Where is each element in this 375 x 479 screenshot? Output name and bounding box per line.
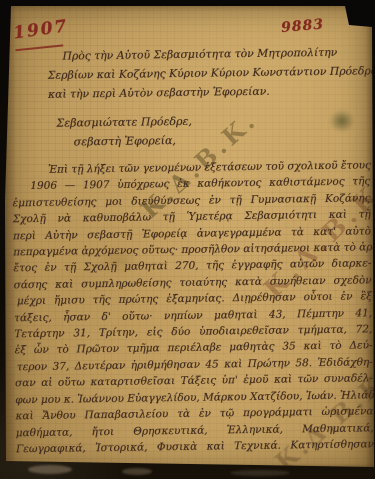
- handwritten-text-line: Σεβασμιώτατε Πρόεδρε,: [56, 112, 192, 133]
- letter-page: Κ.Δ.Β.Κ. Κ.Δ.Β.Κ. Κ.Δ.Β.Κ. 1907 9883 Πρὸ…: [0, 0, 375, 479]
- scan-edge-blotch: [230, 470, 290, 476]
- scan-edge-blotch: [122, 468, 152, 475]
- archive-number-note: 9883: [280, 16, 324, 36]
- handwritten-text-line: καὶ τὴν περὶ Αὐτὸν σεβαστὴν Ἐφορείαν.: [48, 80, 375, 104]
- scanned-letter-photo: Κ.Δ.Β.Κ. Κ.Δ.Β.Κ. Κ.Δ.Β.Κ. 1907 9883 Πρὸ…: [0, 0, 375, 479]
- letter-body: Ἐπὶ τῇ λήξει τῶν γενομένων ἐξετάσεων τοῦ…: [12, 157, 374, 457]
- handwritten-text-line: σεβαστὴ Ἐφορεία,: [57, 131, 193, 152]
- address-heading: Πρὸς τὴν Αὐτοῦ Σεβασμιότητα τὸν Μητροπολ…: [47, 42, 375, 104]
- archive-year-note: 1907: [12, 16, 70, 43]
- scan-edge-blotch: [28, 465, 72, 474]
- salutation: Σεβασμιώτατε Πρόεδρε,σεβαστὴ Ἐφορεία,: [56, 112, 192, 152]
- letter-content: 1907 9883 Πρὸς τὴν Αὐτοῦ Σεβασμιότητα τὸ…: [0, 0, 375, 479]
